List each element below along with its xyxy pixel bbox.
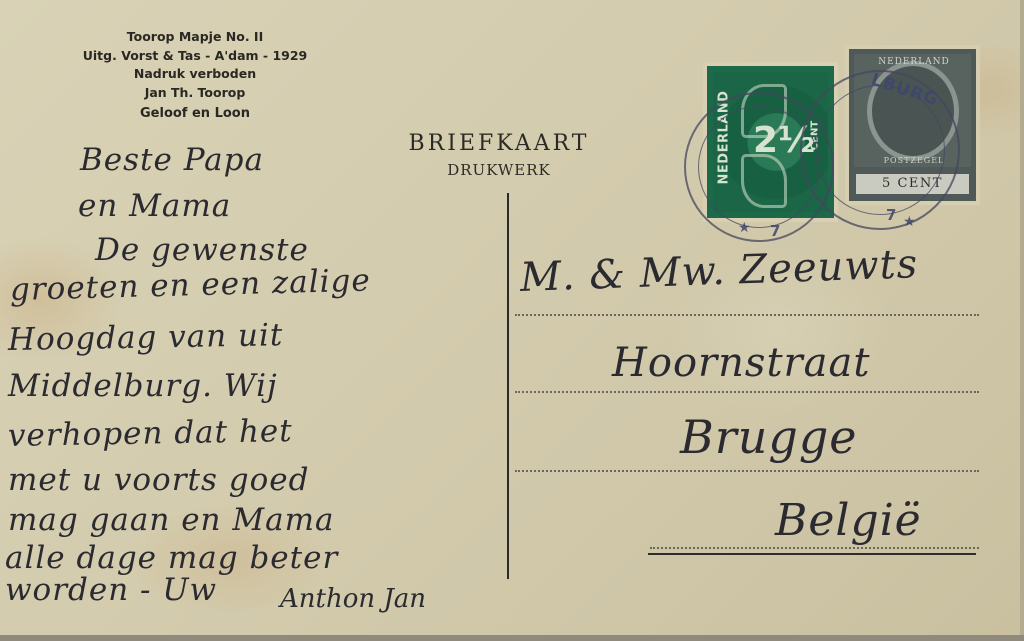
address-line-4	[650, 547, 979, 549]
message-line: Hoogdag van uit	[8, 317, 284, 358]
address-street: Hoornstraat	[612, 340, 870, 386]
message-line: met u voorts goed	[8, 462, 309, 498]
postmark-number: 7	[770, 222, 780, 240]
artwork-title: Geloof en Loon	[40, 105, 350, 124]
message-line: Middelburg. Wij	[8, 368, 278, 404]
message-line: De gewenste	[95, 232, 309, 268]
center-divider	[507, 193, 509, 579]
postcard-back: Toorop Mapje No. II Uitg. Vorst & Tas - …	[0, 0, 1024, 641]
signature: Anthon Jan	[280, 584, 426, 614]
series-label: Toorop Mapje No. II	[40, 28, 350, 47]
address-line-1	[515, 314, 979, 316]
message-line: verhopen dat het	[8, 413, 293, 454]
publisher-label: Uitg. Vorst & Tas - A'dam - 1929	[40, 47, 350, 66]
card-heading: BRIEFKAART DRUKWERK	[368, 130, 630, 180]
postmark-number: 7	[886, 206, 896, 224]
message-line: alle dage mag beter	[5, 540, 338, 576]
address-underline	[648, 553, 976, 555]
publisher-imprint: Toorop Mapje No. II Uitg. Vorst & Tas - …	[40, 28, 350, 124]
address-country: België	[775, 495, 922, 546]
stamp-country: NEDERLAND	[869, 57, 959, 67]
heading-subtitle: DRUKWERK	[368, 160, 630, 180]
message-line: worden - Uw	[5, 572, 217, 608]
copyright-label: Nadruk verboden	[40, 65, 350, 84]
star-icon: ★	[903, 214, 916, 230]
heading-title: BRIEFKAART	[368, 130, 630, 158]
message-line: en Mama	[78, 188, 231, 224]
message-line: Beste Papa	[80, 142, 264, 178]
message-line: mag gaan en Mama	[8, 502, 334, 538]
address-line-3	[515, 470, 979, 472]
artist-label: Jan Th. Toorop	[40, 84, 350, 103]
address-recipient: M. & Mw. Zeeuwts	[519, 241, 919, 301]
address-city: Brugge	[680, 410, 858, 464]
address-line-2	[515, 391, 979, 393]
message-line: groeten en een zalige	[10, 263, 372, 308]
star-icon: ★	[738, 220, 751, 236]
